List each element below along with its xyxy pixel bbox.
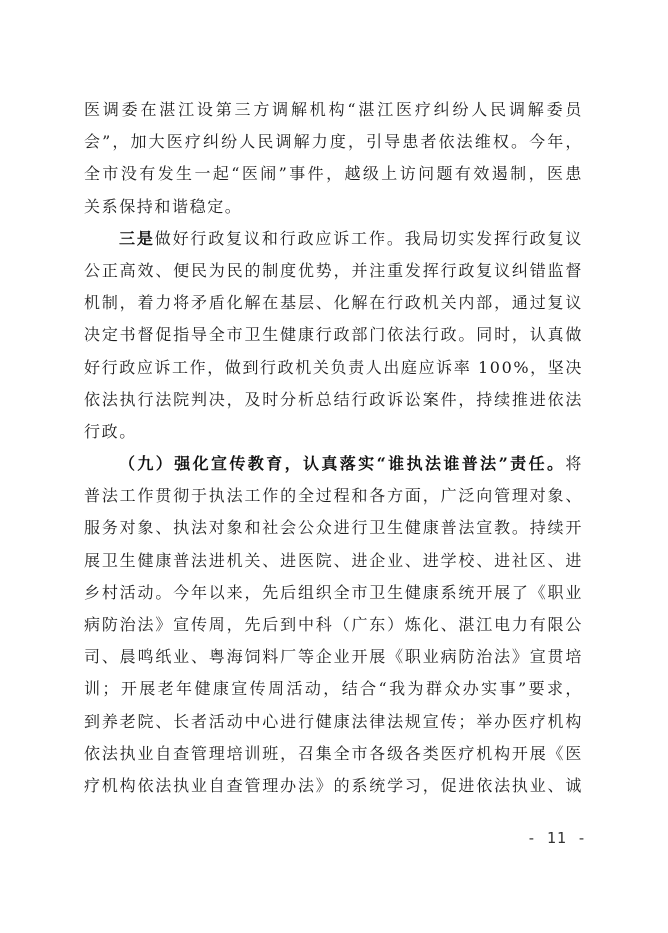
text-line: 疗机构依法执业自查管理办法》的系统学习，促进依法执业、诚 [84,770,583,802]
text-line: 病防治法》宣传周，先后到中科（广东）炼化、湛江电力有限公 [84,609,583,641]
text-line: 司、晨鸣纸业、粤海饲料厂等企业开展《职业病防治法》宣贯培 [84,641,583,673]
section-heading-line: （九）强化宣传教育，认真落实“谁执法谁普法”责任。将 [84,448,583,480]
text-line: 依法执业自查管理培训班，召集全市各级各类医疗机构开展《医 [84,738,583,770]
text-line: 公正高效、便民为民的制度优势，并注重发挥行政复议纠错监督 [84,255,583,287]
document-page: 医调委在湛江设第三方调解机构“湛江医疗纠纷人民调解委员 会”，加大医疗纠纷人民调… [0,0,668,933]
text-line: 依法执行法院判决，及时分析总结行政诉讼案件，持续推进依法 [84,384,583,416]
section-heading: （九）强化宣传教育，认真落实“谁执法谁普法”责任。 [119,454,565,473]
text-line: 医调委在湛江设第三方调解机构“湛江医疗纠纷人民调解委员 [84,94,583,126]
text-line: 全市没有发生一起“医闹”事件，越级上访问题有效遏制，医患 [84,158,583,190]
text-line: 机制，着力将矛盾化解在基层、化解在行政机关内部，通过复议 [84,287,583,319]
text-line: 到养老院、长者活动中心进行健康法律法规宣传；举办医疗机构 [84,706,583,738]
paragraph-first-line: 三是做好行政复议和行政应诉工作。我局切实发挥行政复议 [84,223,583,255]
body-text: 医调委在湛江设第三方调解机构“湛江医疗纠纷人民调解委员 会”，加大医疗纠纷人民调… [84,94,583,802]
text-line: 关系保持和谐稳定。 [84,191,583,223]
page-number: - 11 - [515,828,587,848]
paragraph-text: 做好行政复议和行政应诉工作。我局切实发挥行政复议 [155,229,583,248]
paragraph-lead-bold: 三是 [119,229,155,248]
text-line: 训；开展老年健康宣传周活动，结合“我为群众办实事”要求， [84,673,583,705]
text-line: 好行政应诉工作，做到行政机关负责人出庭应诉率 100%，坚决 [84,352,583,384]
text-line: 会”，加大医疗纠纷人民调解力度，引导患者依法维权。今年， [84,126,583,158]
text-line: 乡村活动。今年以来，先后组织全市卫生健康系统开展了《职业 [84,577,583,609]
text-line: 服务对象、执法对象和社会公众进行卫生健康普法宣教。持续开 [84,512,583,544]
text-line: 决定书督促指导全市卫生健康行政部门依法行政。同时，认真做 [84,319,583,351]
text-line: 普法工作贯彻于执法工作的全过程和各方面，广泛向管理对象、 [84,480,583,512]
paragraph-text: 将 [565,454,583,473]
text-line: 行政。 [84,416,583,448]
text-line: 展卫生健康普法进机关、进医院、进企业、进学校、进社区、进 [84,545,583,577]
